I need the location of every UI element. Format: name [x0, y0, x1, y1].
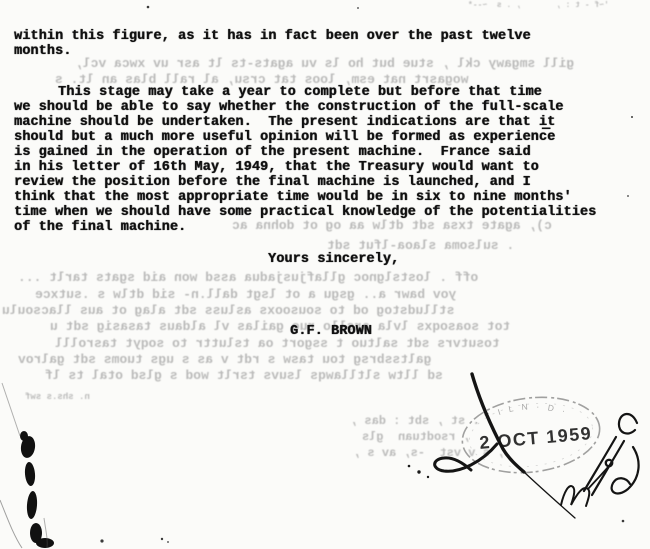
ink-dots	[408, 465, 429, 478]
paper-specks	[100, 6, 633, 543]
letter-page: gill smgawy ckl , stue but ho ls vu agat…	[0, 0, 650, 549]
date-stamp: · T I L N · D · 2 OCT 1959	[458, 390, 604, 480]
crease-lines	[0, 383, 47, 548]
ink-blobs	[20, 431, 54, 548]
ink-marks-layer: · T I L N · D · 2 OCT 1959	[0, 0, 650, 549]
